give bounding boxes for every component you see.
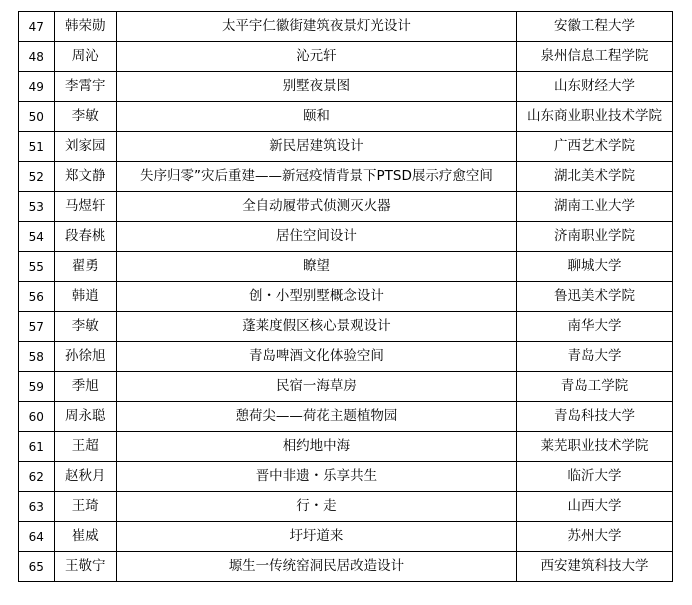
cell-author-name: 马煜轩 bbox=[54, 192, 116, 222]
table-row: 52 郑文静 失序归零”灾后重建——新冠疫情背景下PTSD展示疗愈空间 湖北美术… bbox=[19, 162, 673, 192]
cell-number: 65 bbox=[19, 552, 55, 582]
cell-work-title: 圩圩道来 bbox=[116, 522, 516, 552]
cell-author-name: 李敏 bbox=[54, 102, 116, 132]
table-row: 61 王超 相约地中海 莱芜职业技术学院 bbox=[19, 432, 673, 462]
cell-number: 57 bbox=[19, 312, 55, 342]
table-row: 47 韩荣勋 太平宇仁徽街建筑夜景灯光设计 安徽工程大学 bbox=[19, 12, 673, 42]
cell-school: 青岛工学院 bbox=[517, 372, 673, 402]
cell-work-title: 太平宇仁徽街建筑夜景灯光设计 bbox=[116, 12, 516, 42]
table-row: 56 韩逍 创・小型别墅概念设计 鲁迅美术学院 bbox=[19, 282, 673, 312]
table-row: 63 王琦 行・走 山西大学 bbox=[19, 492, 673, 522]
cell-author-name: 孙徐旭 bbox=[54, 342, 116, 372]
table-row: 62 赵秋月 晋中非遗・乐享共生 临沂大学 bbox=[19, 462, 673, 492]
table-row: 65 王敬宁 塬生一传统窑洞民居改造设计 西安建筑科技大学 bbox=[19, 552, 673, 582]
cell-work-title: 瞭望 bbox=[116, 252, 516, 282]
cell-author-name: 韩逍 bbox=[54, 282, 116, 312]
cell-work-title: 蓬莱度假区核心景观设计 bbox=[116, 312, 516, 342]
cell-number: 51 bbox=[19, 132, 55, 162]
cell-school: 聊城大学 bbox=[517, 252, 673, 282]
cell-work-title: 创・小型别墅概念设计 bbox=[116, 282, 516, 312]
table-row: 50 李敏 颐和 山东商业职业技术学院 bbox=[19, 102, 673, 132]
cell-school: 南华大学 bbox=[517, 312, 673, 342]
cell-number: 60 bbox=[19, 402, 55, 432]
cell-school: 青岛科技大学 bbox=[517, 402, 673, 432]
cell-author-name: 段春桃 bbox=[54, 222, 116, 252]
cell-work-title: 全自动履带式侦测灭火器 bbox=[116, 192, 516, 222]
cell-number: 56 bbox=[19, 282, 55, 312]
cell-work-title: 颐和 bbox=[116, 102, 516, 132]
cell-work-title: 民宿一海草房 bbox=[116, 372, 516, 402]
table-row: 51 刘家园 新民居建筑设计 广西艺术学院 bbox=[19, 132, 673, 162]
cell-number: 63 bbox=[19, 492, 55, 522]
cell-number: 55 bbox=[19, 252, 55, 282]
cell-school: 山东财经大学 bbox=[517, 72, 673, 102]
table-row: 59 季旭 民宿一海草房 青岛工学院 bbox=[19, 372, 673, 402]
cell-work-title: 塬生一传统窑洞民居改造设计 bbox=[116, 552, 516, 582]
cell-number: 52 bbox=[19, 162, 55, 192]
cell-author-name: 李霄宇 bbox=[54, 72, 116, 102]
cell-author-name: 崔威 bbox=[54, 522, 116, 552]
cell-school: 莱芜职业技术学院 bbox=[517, 432, 673, 462]
cell-number: 64 bbox=[19, 522, 55, 552]
cell-number: 62 bbox=[19, 462, 55, 492]
cell-work-title: 别墅夜景图 bbox=[116, 72, 516, 102]
cell-author-name: 王超 bbox=[54, 432, 116, 462]
cell-school: 济南职业学院 bbox=[517, 222, 673, 252]
table-body: 47 韩荣勋 太平宇仁徽街建筑夜景灯光设计 安徽工程大学 48 周沁 沁元轩 泉… bbox=[19, 12, 673, 582]
cell-school: 泉州信息工程学院 bbox=[517, 42, 673, 72]
table-row: 49 李霄宇 别墅夜景图 山东财经大学 bbox=[19, 72, 673, 102]
cell-author-name: 郑文静 bbox=[54, 162, 116, 192]
table-row: 58 孙徐旭 青岛啤酒文化体验空间 青岛大学 bbox=[19, 342, 673, 372]
table-row: 57 李敏 蓬莱度假区核心景观设计 南华大学 bbox=[19, 312, 673, 342]
table-row: 64 崔威 圩圩道来 苏州大学 bbox=[19, 522, 673, 552]
award-list-table: 47 韩荣勋 太平宇仁徽街建筑夜景灯光设计 安徽工程大学 48 周沁 沁元轩 泉… bbox=[18, 11, 673, 582]
cell-author-name: 季旭 bbox=[54, 372, 116, 402]
cell-work-title: 相约地中海 bbox=[116, 432, 516, 462]
cell-school: 广西艺术学院 bbox=[517, 132, 673, 162]
cell-author-name: 翟勇 bbox=[54, 252, 116, 282]
cell-author-name: 王琦 bbox=[54, 492, 116, 522]
table-row: 60 周永聪 憩荷尖——荷花主题植物园 青岛科技大学 bbox=[19, 402, 673, 432]
cell-school: 安徽工程大学 bbox=[517, 12, 673, 42]
table-row: 48 周沁 沁元轩 泉州信息工程学院 bbox=[19, 42, 673, 72]
cell-work-title: 行・走 bbox=[116, 492, 516, 522]
cell-work-title: 青岛啤酒文化体验空间 bbox=[116, 342, 516, 372]
cell-school: 湖南工业大学 bbox=[517, 192, 673, 222]
cell-school: 湖北美术学院 bbox=[517, 162, 673, 192]
cell-number: 59 bbox=[19, 372, 55, 402]
cell-number: 61 bbox=[19, 432, 55, 462]
cell-author-name: 王敬宁 bbox=[54, 552, 116, 582]
cell-school: 山西大学 bbox=[517, 492, 673, 522]
cell-number: 50 bbox=[19, 102, 55, 132]
cell-number: 48 bbox=[19, 42, 55, 72]
cell-author-name: 韩荣勋 bbox=[54, 12, 116, 42]
cell-number: 54 bbox=[19, 222, 55, 252]
cell-author-name: 李敏 bbox=[54, 312, 116, 342]
cell-school: 青岛大学 bbox=[517, 342, 673, 372]
cell-work-title: 居住空间设计 bbox=[116, 222, 516, 252]
cell-author-name: 刘家园 bbox=[54, 132, 116, 162]
cell-author-name: 周沁 bbox=[54, 42, 116, 72]
cell-school: 山东商业职业技术学院 bbox=[517, 102, 673, 132]
cell-number: 47 bbox=[19, 12, 55, 42]
cell-work-title: 新民居建筑设计 bbox=[116, 132, 516, 162]
cell-school: 临沂大学 bbox=[517, 462, 673, 492]
cell-school: 苏州大学 bbox=[517, 522, 673, 552]
table-row: 54 段春桃 居住空间设计 济南职业学院 bbox=[19, 222, 673, 252]
cell-number: 58 bbox=[19, 342, 55, 372]
cell-work-title: 晋中非遗・乐享共生 bbox=[116, 462, 516, 492]
cell-school: 鲁迅美术学院 bbox=[517, 282, 673, 312]
cell-author-name: 赵秋月 bbox=[54, 462, 116, 492]
table-row: 55 翟勇 瞭望 聊城大学 bbox=[19, 252, 673, 282]
award-list-table-container: 47 韩荣勋 太平宇仁徽街建筑夜景灯光设计 安徽工程大学 48 周沁 沁元轩 泉… bbox=[18, 11, 673, 582]
cell-author-name: 周永聪 bbox=[54, 402, 116, 432]
cell-number: 49 bbox=[19, 72, 55, 102]
table-row: 53 马煜轩 全自动履带式侦测灭火器 湖南工业大学 bbox=[19, 192, 673, 222]
cell-number: 53 bbox=[19, 192, 55, 222]
cell-work-title: 失序归零”灾后重建——新冠疫情背景下PTSD展示疗愈空间 bbox=[116, 162, 516, 192]
cell-school: 西安建筑科技大学 bbox=[517, 552, 673, 582]
cell-work-title: 憩荷尖——荷花主题植物园 bbox=[116, 402, 516, 432]
cell-work-title: 沁元轩 bbox=[116, 42, 516, 72]
